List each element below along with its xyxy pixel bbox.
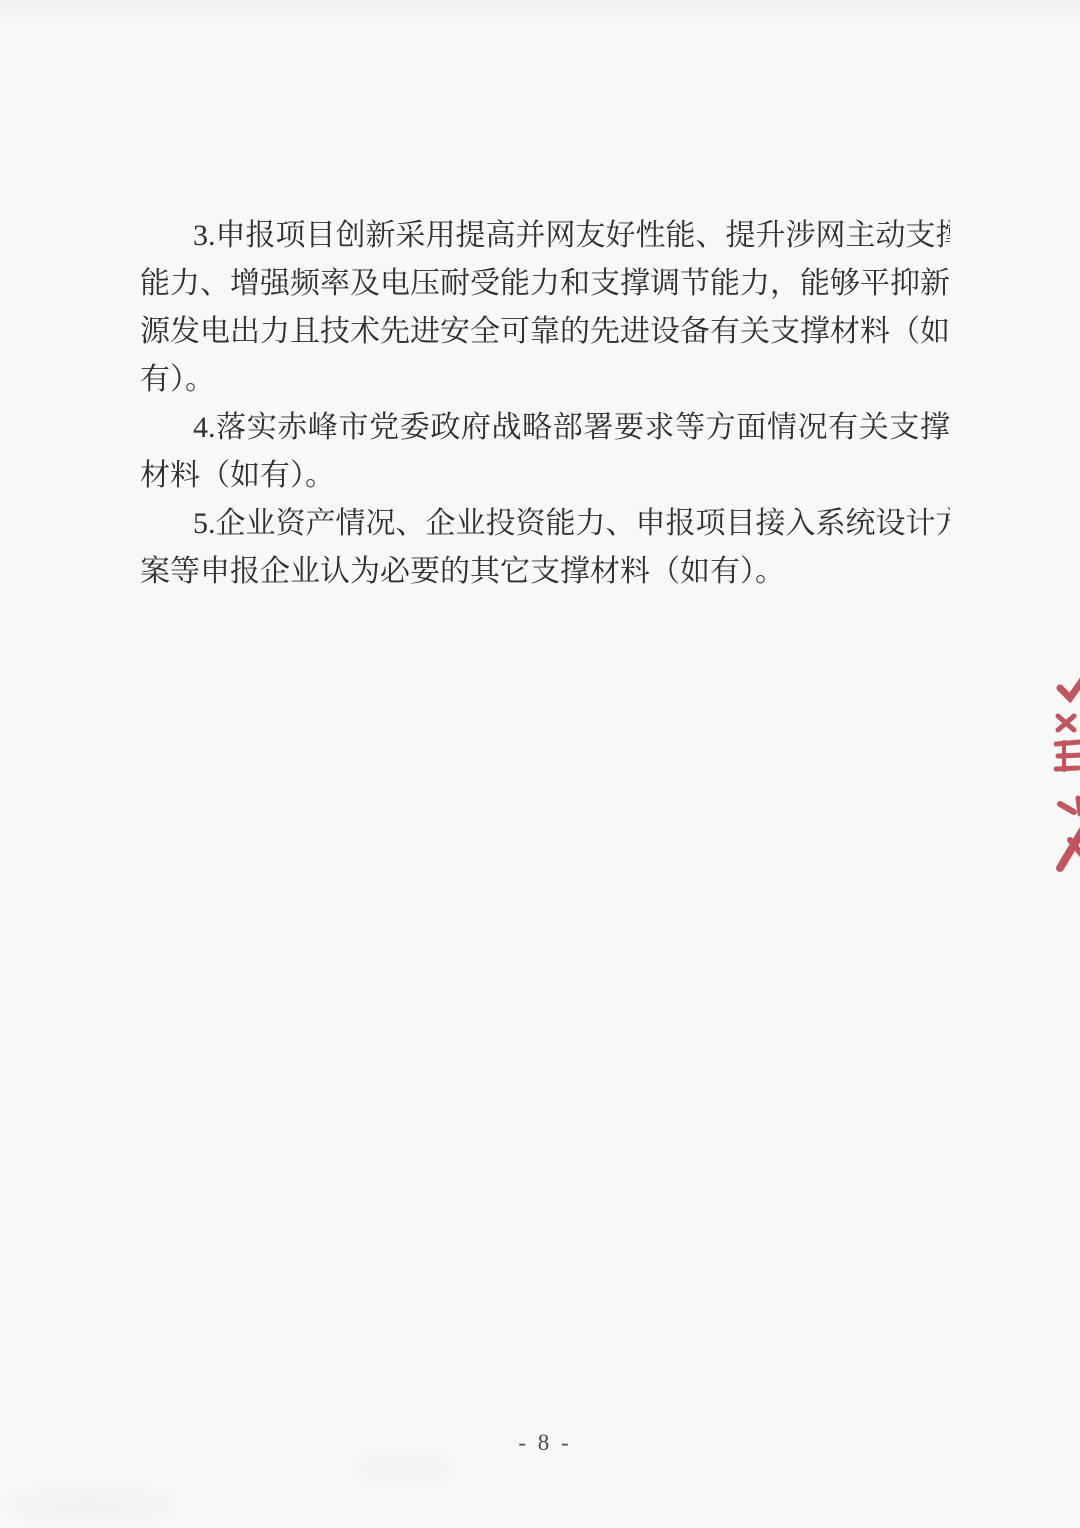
text-line: 有）。 [140,356,950,404]
text-line: 3.申报项目创新采用提高并网友好性能、提升涉网主动支撑 [140,212,950,260]
scan-artifact-smudge [10,1490,170,1520]
paragraph: 5.企业资产情况、企业投资能力、申报项目接入系统设计方案等申报企业认为必要的其它… [140,500,950,596]
document-body: 3.申报项目创新采用提高并网友好性能、提升涉网主动支撑能力、增强频率及电压耐受能… [140,212,950,596]
scan-artifact-top [0,0,1080,26]
paragraph: 4.落实赤峰市党委政府战略部署要求等方面情况有关支撑材料（如有）。 [140,404,950,500]
text-line: 5.企业资产情况、企业投资能力、申报项目接入系统设计方 [140,500,950,548]
scan-artifact-smudge [360,1455,450,1481]
text-line: 源发电出力且技术先进安全可靠的先进设备有关支撑材料（如 [140,308,950,356]
text-line: 能力、增强频率及电压耐受能力和支撑调节能力，能够平抑新能 [140,260,950,308]
red-seal-strokes [1054,672,1080,882]
page-number: - 8 - [140,1430,950,1456]
text-line: 案等申报企业认为必要的其它支撑材料（如有）。 [140,548,950,596]
text-line: 4.落实赤峰市党委政府战略部署要求等方面情况有关支撑 [140,404,950,452]
text-line: 材料（如有）。 [140,452,950,500]
red-seal-mark [1054,672,1080,882]
paragraph: 3.申报项目创新采用提高并网友好性能、提升涉网主动支撑能力、增强频率及电压耐受能… [140,212,950,404]
